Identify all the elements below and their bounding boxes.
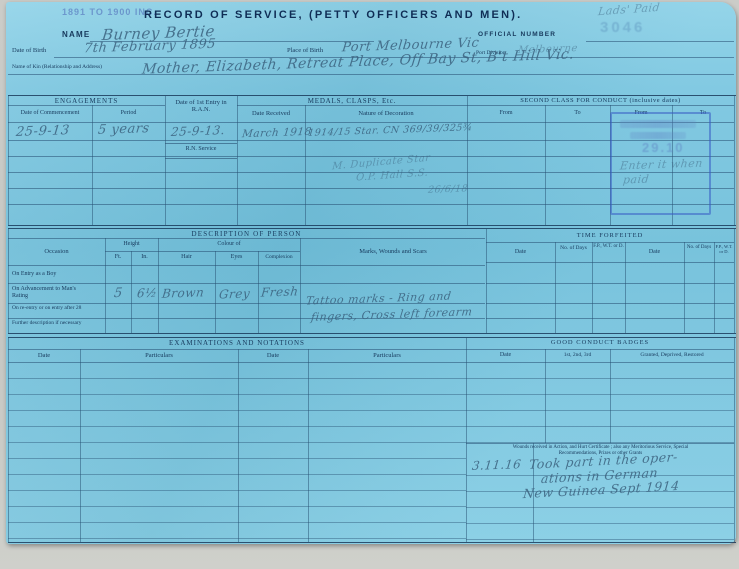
kin-label: Name of Kin (Relationship and Address) (12, 64, 102, 70)
rule (586, 41, 734, 42)
rule (466, 443, 734, 444)
eyes-value: Grey (218, 286, 251, 301)
badges-title: GOOD CONDUCT BADGES (466, 339, 734, 346)
rule (734, 95, 735, 225)
rule (8, 333, 736, 334)
medal-date-value: March 1918 (241, 126, 312, 140)
rule (105, 251, 300, 252)
badges-col-class: 1st, 2nd, 3rd (545, 352, 610, 358)
tf-col-date2: Date (625, 249, 684, 256)
engagement-period-value: 5 years (97, 121, 150, 138)
rule (8, 238, 485, 239)
description-title: DESCRIPTION OF PERSON (8, 230, 485, 238)
rule (545, 349, 546, 443)
rule (8, 542, 736, 543)
rule (592, 242, 593, 333)
rule (684, 242, 685, 333)
first-entry-label: Date of 1st Entry in R.A.N. (167, 99, 235, 114)
ruled-rows (466, 363, 734, 443)
rule (545, 105, 546, 225)
medal-nature-value: 1914/15 Star. CN 369/39/325¾ (307, 122, 473, 139)
rule (8, 349, 466, 350)
rule (8, 337, 736, 338)
col-hair: Hair (158, 254, 215, 261)
rule (486, 242, 734, 243)
col-complexion: Complexion (258, 254, 300, 260)
tf-col-date1: Date (486, 249, 555, 256)
exam-col-date2: Date (238, 352, 308, 359)
examinations-title: EXAMINATIONS AND NOTATIONS (8, 339, 466, 347)
rule (80, 349, 81, 542)
exam-col-date1: Date (8, 352, 80, 359)
wounds-date-value: 3.11.16 (471, 457, 522, 473)
medals-title: MEDALS, CLASPS, Etc. (237, 97, 467, 105)
col-occasion: Occasion (8, 248, 105, 255)
tf-col-days2: No. of Days (684, 245, 714, 251)
col-in: In. (131, 254, 158, 261)
first-entry-value: 25-9-13. (170, 123, 226, 139)
page-title: RECORD OF SERVICE, (PETTY OFFICERS AND M… (144, 9, 522, 22)
rule (238, 349, 239, 542)
rule (486, 303, 734, 304)
hair-value: Brown (161, 285, 205, 301)
medals-col-nature: Nature of Decoration (305, 110, 467, 117)
stamp-smudge (630, 132, 686, 139)
era-range-stamp: 1891 TO 1900 INC. (62, 7, 157, 17)
tf-col-type2: F.P., W.T. or D. (714, 244, 734, 254)
rn-service-label: R.N. Service (165, 146, 237, 153)
tf-col-type1: F.P., W.T. or D. (592, 244, 625, 250)
rule (8, 74, 734, 75)
col-colour-of: Colour of (158, 241, 300, 248)
desc-row4-label: Further description if necessary (12, 320, 92, 326)
ruled-rows (8, 363, 466, 542)
marks-line1: Tattoo marks - Ring and (305, 289, 452, 307)
col-height: Height (105, 241, 158, 248)
medal-note-line2: O.P. Hall S.S. (356, 167, 429, 183)
rule (92, 105, 93, 225)
rule (714, 242, 715, 333)
rule (734, 228, 735, 333)
rule (308, 349, 309, 542)
rule (8, 228, 736, 229)
stamp-note-line2: paid (622, 173, 650, 187)
complexion-value: Fresh (260, 284, 299, 299)
rule (305, 105, 306, 225)
col-eyes: Eyes (215, 254, 258, 261)
medals-col-date: Date Received (237, 110, 305, 117)
second-class-from1: From (467, 110, 545, 117)
marks-line2: fingers, Cross left forearm (310, 305, 473, 324)
rule (610, 349, 611, 443)
rule (555, 242, 556, 333)
desc-row1-label: On Entry as a Boy (12, 271, 102, 278)
engagements-col-period: Period (92, 110, 165, 117)
col-ft: Ft. (105, 254, 131, 261)
pob-label: Place of Birth (287, 47, 323, 54)
second-class-to1: To (545, 110, 610, 117)
wounds-note-line1: Wounds received in Action, and Hurt Cert… (469, 445, 732, 451)
rule (486, 283, 734, 284)
official-number-stamp: 3046 (600, 19, 645, 36)
rule (8, 225, 736, 226)
engagements-title: ENGAGEMENTS (8, 97, 165, 105)
rule (8, 105, 165, 106)
rule (8, 283, 485, 284)
height-in-value: 6½ (136, 286, 158, 301)
rule (165, 95, 166, 225)
tf-col-days1: No. of Days (555, 245, 592, 251)
rule (8, 95, 736, 96)
rule (8, 228, 9, 333)
engagement-date-value: 25-9-13 (15, 123, 70, 140)
rule (258, 251, 259, 333)
engagements-col-date: Date of Commencement (8, 110, 92, 117)
scanned-service-record: { "page": { "era_stamp": "1891 TO 1900 I… (0, 0, 739, 569)
height-ft-value: 5 (113, 286, 123, 301)
rule (158, 238, 159, 333)
rule (8, 337, 9, 542)
medal-note-line3: 26/6/18 (427, 183, 468, 195)
rule (486, 262, 734, 263)
rule (466, 349, 734, 350)
rule (105, 238, 106, 333)
rule (8, 265, 485, 266)
official-number-label: OFFICIAL NUMBER (478, 31, 556, 38)
rule (237, 105, 734, 106)
desc-row3-label: On re-entry or on entry after 28 (12, 305, 92, 311)
rule (215, 251, 216, 333)
corner-handwritten-note: Lads' Paid (597, 1, 660, 18)
rule (486, 318, 734, 319)
dob-label: Date of Birth (12, 47, 46, 54)
rule (734, 337, 735, 542)
stamp-smudge (620, 120, 696, 128)
badges-col-status: Granted, Deprived, Restored (610, 352, 734, 358)
badges-col-date: Date (466, 352, 545, 359)
second-class-title: SECOND CLASS FOR CONDUCT (inclusive date… (467, 97, 734, 104)
time-forfeited-title: TIME FORFEITED (486, 232, 734, 239)
record-card: 1891 TO 1900 INC. RECORD OF SERVICE, (PE… (6, 2, 736, 544)
desc-row2-label: On Advancement to Man's Rating (12, 286, 92, 300)
exam-col-particulars1: Particulars (80, 352, 238, 359)
name-label: NAME (62, 30, 90, 39)
col-marks: Marks, Wounds and Scars (300, 248, 486, 255)
exam-col-particulars2: Particulars (308, 352, 466, 359)
rule (131, 251, 132, 333)
dob-value: 7th February 1895 (83, 37, 216, 57)
stamp-number: 29.10 (642, 140, 685, 155)
